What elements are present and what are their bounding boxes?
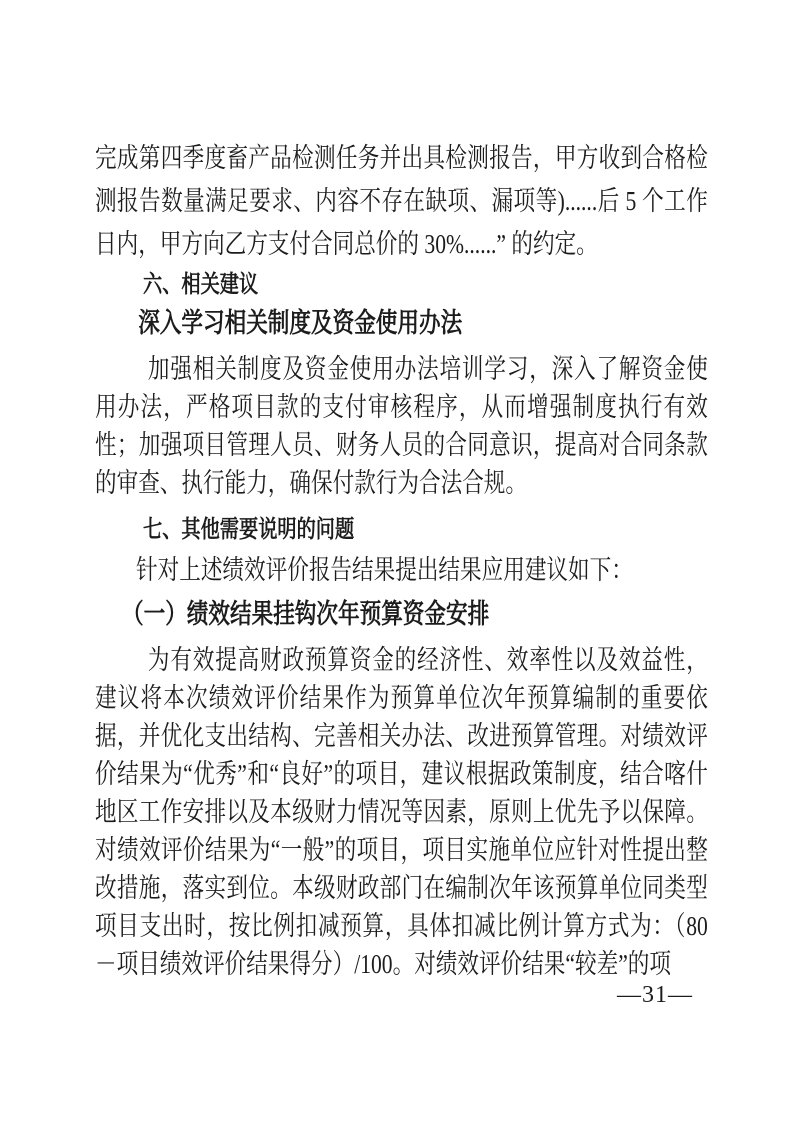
subsection-one-heading: （一）绩效结果挂钩次年预算资金安排 (95, 595, 708, 633)
section-six-subheading: 深入学习相关制度及资金使用办法 (95, 304, 708, 342)
document-text-column: 完成第四季度畜产品检测任务并出具检测报告，甲方收到合格检测报告数量满足要求、内容… (95, 137, 708, 983)
page-number: —31— (617, 980, 693, 1010)
subsection-one-paragraph: 为有效提高财政预算资金的经济性、效率性以及效益性，建议将本次绩效评价结果作为预算… (95, 641, 708, 983)
document-page: 完成第四季度畜产品检测任务并出具检测报告，甲方收到合格检测报告数量满足要求、内容… (0, 0, 793, 1122)
continuation-paragraph: 完成第四季度畜产品检测任务并出具检测报告，甲方收到合格检测报告数量满足要求、内容… (95, 137, 708, 266)
section-seven-heading: 七、其他需要说明的问题 (95, 511, 708, 549)
section-six-heading: 六、相关建议 (95, 266, 708, 304)
section-six-paragraph: 加强相关制度及资金使用办法培训学习，深入了解资金使用办法，严格项目款的支付审核程… (95, 350, 708, 502)
section-seven-lead-paragraph: 针对上述绩效评价报告结果提出结果应用建议如下： (95, 551, 708, 589)
